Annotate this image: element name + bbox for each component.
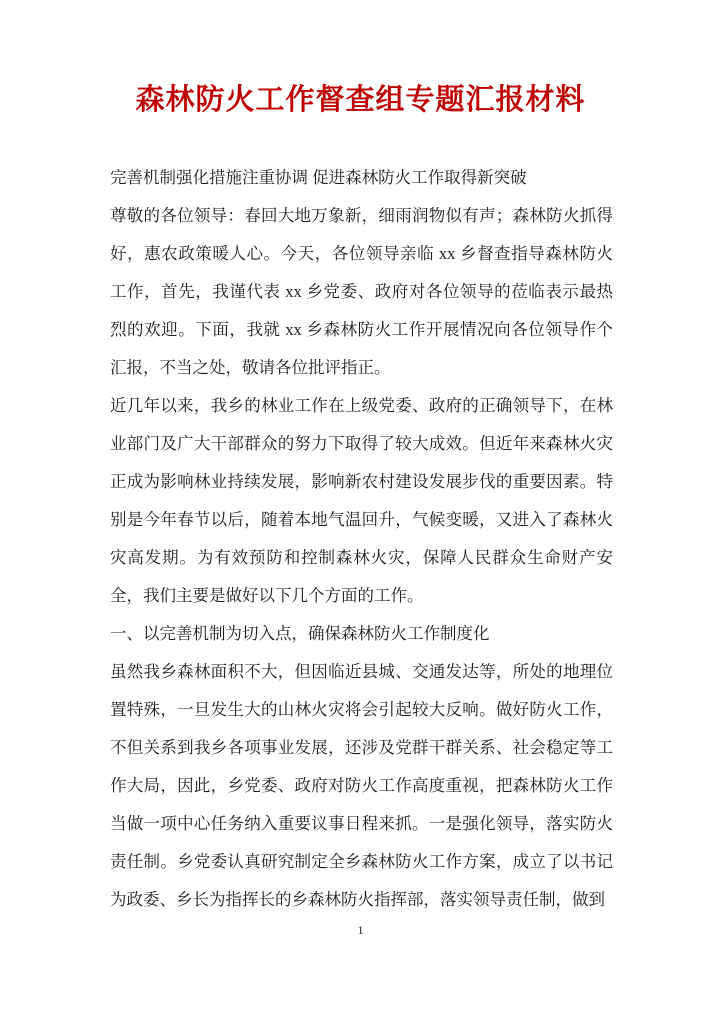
document-page: 森林防火工作督查组专题汇报材料 完善机制强化措施注重协调 促进森林防火工作取得新… (0, 0, 721, 1020)
document-title: 森林防火工作督查组专题汇报材料 (0, 80, 721, 120)
body-paragraph-greeting: 尊敬的各位领导：春回大地万象新，细雨润物似有声；森林防火抓得好，惠农政策暖人心。… (110, 197, 613, 387)
section-heading-1: 一、以完善机制为切入点，确保森林防火工作制度化 (110, 615, 613, 653)
body-paragraph-overview: 近几年以来，我乡的林业工作在上级党委、政府的正确领导下，在林业部门及广大干部群众… (110, 387, 613, 615)
page-number: 1 (0, 922, 721, 938)
body-paragraph-section1: 虽然我乡森林面积不大，但因临近县城、交通发达等，所处的地理位置特殊，一旦发生大的… (110, 653, 613, 919)
subtitle-line: 完善机制强化措施注重协调 促进森林防火工作取得新突破 (110, 159, 613, 197)
document-body: 完善机制强化措施注重协调 促进森林防火工作取得新突破 尊敬的各位领导：春回大地万… (110, 159, 613, 919)
